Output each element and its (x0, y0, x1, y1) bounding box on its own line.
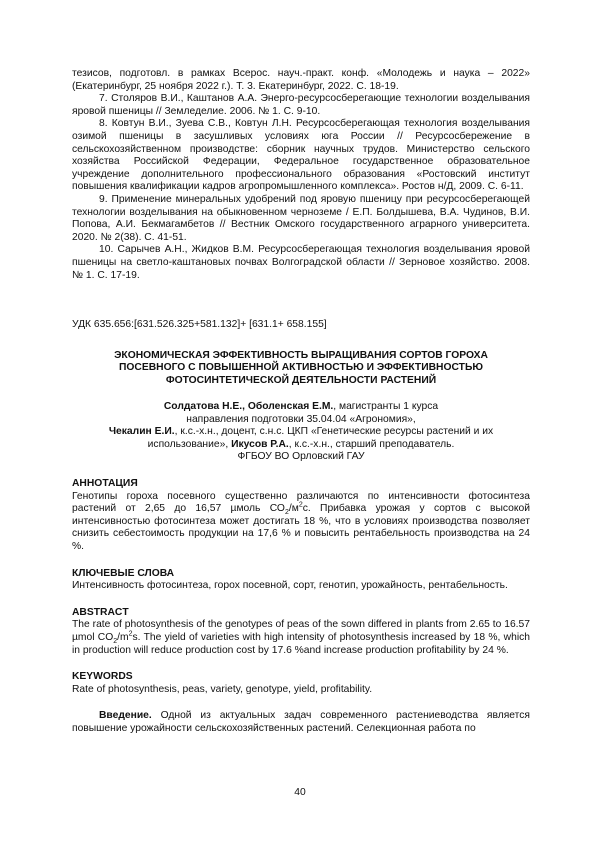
reference-item: 9. Применение минеральных удобрений под … (72, 194, 530, 244)
reference-item: 10. Сарычев А.Н., Жидков В.М. Ресурсосбе… (72, 244, 530, 282)
article-title: ЭКОНОМИЧЕСКАЯ ЭФФЕКТИВНОСТЬ ВЫРАЩИВАНИЯ … (72, 350, 530, 388)
reference-item: 8. Ковтун В.И., Зуева С.В., Ковтун Л.Н. … (72, 118, 530, 194)
abstract-text: The rate of photosynthesis of the genoty… (72, 619, 530, 657)
authors-block: Солдатова Н.Е., Оболенская Е.М., магистр… (72, 401, 530, 464)
keywords-en-heading: KEYWORDS (72, 671, 530, 684)
author-name: Чекалин Е.И. (109, 426, 175, 437)
reference-continued: тезисов, подготовл. в рамках Всерос. нау… (72, 68, 530, 93)
keywords-en-text: Rate of photosynthesis, peas, variety, g… (72, 684, 530, 697)
keywords-ru-text: Интенсивность фотосинтеза, горох посевно… (72, 580, 530, 593)
keywords-ru-heading: КЛЮЧЕВЫЕ СЛОВА (72, 568, 530, 581)
annotation-heading: АННОТАЦИЯ (72, 478, 530, 491)
author-names: Солдатова Н.Е., Оболенская Е.М. (164, 401, 333, 412)
reference-item: 7. Столяров В.И., Каштанов А.А. Энерго-р… (72, 93, 530, 118)
page-content: тезисов, подготовл. в рамках Всерос. нау… (72, 68, 530, 736)
affiliation: ФГБОУ ВО Орловский ГАУ (72, 451, 530, 464)
udk-code: УДК 635.656:[631.526.325+581.132]+ [631.… (72, 319, 530, 332)
introduction-paragraph: Введение. Одной из актуальных задач совр… (72, 710, 530, 735)
annotation-text: Генотипы гороха посевного существенно ра… (72, 491, 530, 554)
abstract-heading: ABSTRACT (72, 607, 530, 620)
page-number: 40 (0, 787, 600, 798)
author-name: Икусов Р.А. (231, 439, 289, 450)
